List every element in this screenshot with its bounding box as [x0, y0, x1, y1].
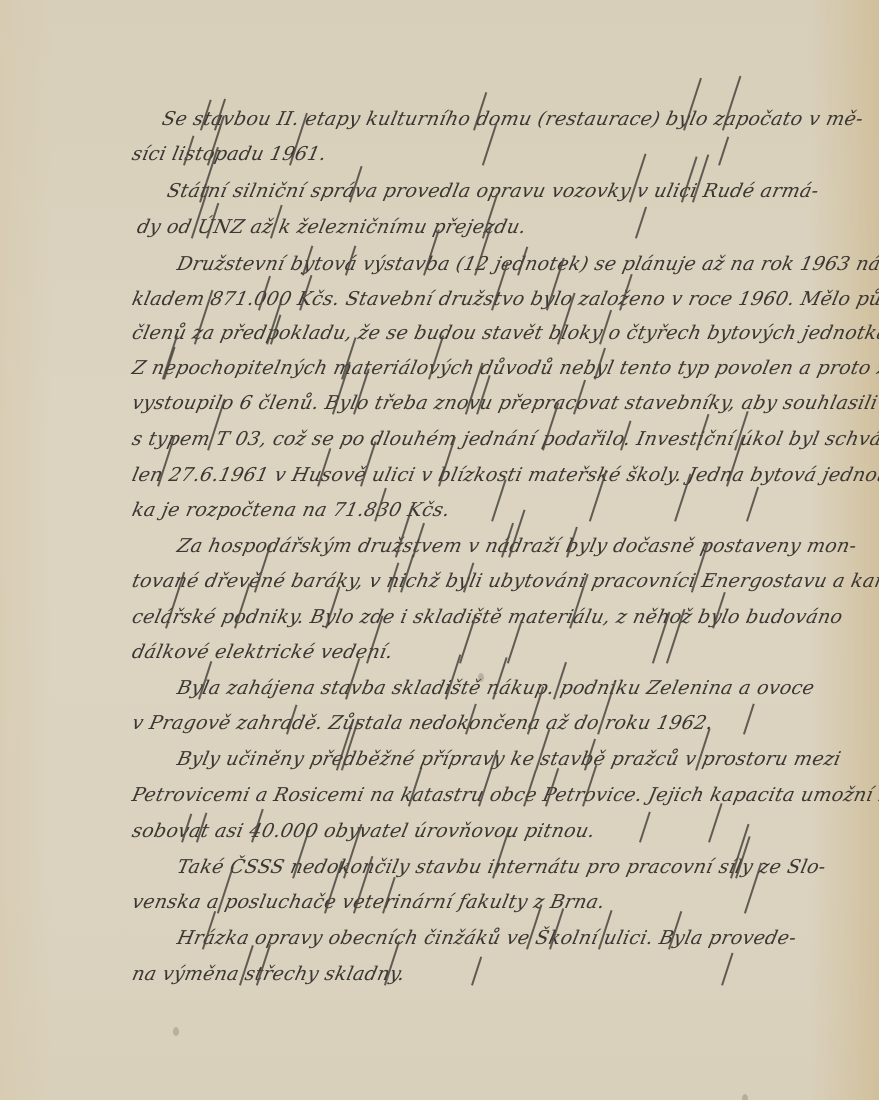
ascender-stroke	[721, 952, 733, 985]
ascender-stroke	[746, 487, 759, 522]
ink-spot	[173, 1027, 179, 1036]
text-line: ka je rozpočtena na 71.830 Kčs.	[130, 499, 452, 521]
text-line: s typem T 03, což se po dlouhém jednání …	[130, 428, 879, 450]
ascender-stroke	[639, 812, 650, 843]
ascender-stroke	[471, 956, 482, 985]
ascender-stroke	[635, 207, 647, 239]
text-line: síci listopadu 1961.	[130, 143, 329, 165]
text-line: na výměna střechy skladny.	[130, 963, 407, 985]
text-line: v Pragově zahradě. Zůstala nedokončena a…	[130, 712, 715, 734]
ascender-stroke	[708, 803, 722, 843]
text-line: Petrovicemi a Rosicemi na katastru obce …	[130, 784, 879, 806]
text-line: kladem 871.000 Kčs. Stavební družstvo by…	[130, 288, 879, 310]
text-line: tované dřevěné baráky, v nichž byli ubyt…	[130, 570, 879, 592]
ink-spot	[742, 1094, 748, 1100]
text-line: Státní silniční správa provedla opravu v…	[165, 180, 821, 202]
text-line: Z nepochopitelných materiálových důvodů …	[130, 357, 879, 379]
text-line: Za hospodářským družstvem v nádraží byly…	[175, 535, 859, 557]
handwritten-page: Se stavbou II. etapy kulturního domu (re…	[0, 0, 879, 1100]
text-line: dálkové elektrické vedení.	[130, 641, 395, 663]
text-line: Družstevní bytová výstavba (12 jednotek)…	[175, 253, 879, 275]
ascender-stroke	[743, 704, 754, 735]
text-line: venska a posluchače veterinární fakulty …	[130, 891, 607, 913]
text-line: členů za předpokladu, že se budou stavět…	[130, 322, 879, 344]
text-line: Byly učiněny předběžné přípravy ke stavb…	[175, 748, 843, 770]
ascender-stroke	[718, 136, 729, 165]
text-line: vystoupilo 6 členů. Bylo třeba znovu pře…	[130, 392, 879, 414]
text-line: Se stavbou II. etapy kulturního domu (re…	[160, 108, 865, 130]
